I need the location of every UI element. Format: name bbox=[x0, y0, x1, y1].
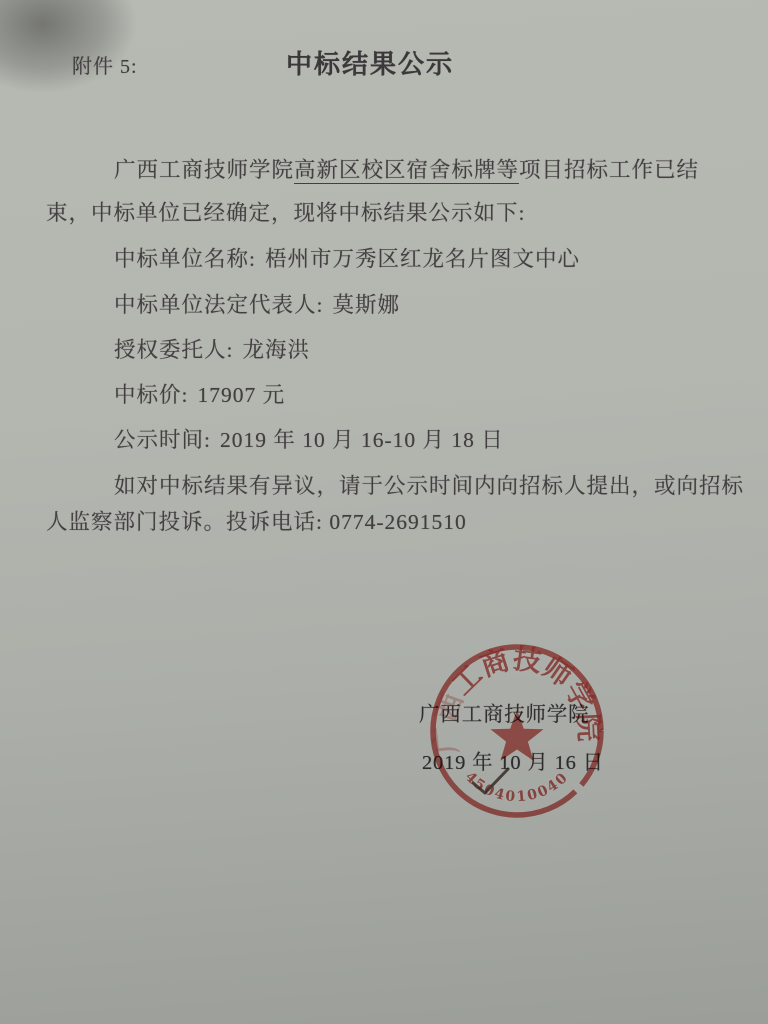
award-item-value: 龙海洪 bbox=[242, 338, 310, 362]
attachment-label: 附件 5: bbox=[72, 50, 138, 79]
photo-corner-shadow bbox=[0, 0, 138, 94]
intro-suffix: 项目招标工作已结 bbox=[519, 158, 699, 182]
award-item-value: 梧州市万秀区红龙名片图文中心 bbox=[265, 247, 580, 271]
award-item-publicity-period: 公示时间:2019 年 10 月 16-10 月 18 日 bbox=[114, 423, 504, 454]
award-item-bid-price: 中标价:17907 元 bbox=[114, 378, 285, 409]
seal-ring bbox=[433, 647, 601, 815]
award-item-value: 莫斯娜 bbox=[332, 293, 400, 317]
award-item-label: 公示时间: bbox=[114, 428, 211, 452]
award-item-value: 2019 年 10 月 16-10 月 18 日 bbox=[220, 428, 504, 452]
intro-prefix: 广西工商技师学院 bbox=[114, 158, 294, 182]
seal-code: 45040100401 bbox=[0, 0, 572, 805]
award-item-label: 中标价: bbox=[114, 383, 188, 407]
document-page: 附件 5: 中标结果公示 广西工商技师学院高新区校区宿舍标牌等项目招标工作已结 … bbox=[0, 0, 768, 1024]
award-item-label: 授权委托人: bbox=[114, 338, 233, 362]
objection-notice-line-2: 人监察部门投诉。投诉电话: 0774-2691510 bbox=[46, 505, 467, 536]
objection-notice-line-1: 如对中标结果有异议，请于公示时间内向招标人提出，或向招标 bbox=[114, 469, 744, 500]
page-title: 中标结果公示 bbox=[286, 44, 454, 81]
award-item-winner-name: 中标单位名称:梧州市万秀区红龙名片图文中心 bbox=[114, 242, 580, 273]
signature-organization: 广西工商技师学院 bbox=[419, 697, 589, 727]
project-name-underlined: 高新区校区宿舍标牌等 bbox=[294, 158, 519, 184]
award-item-label: 中标单位名称: bbox=[114, 247, 256, 271]
signature-date: 2019 年 10 月 16 日 bbox=[422, 745, 604, 775]
award-item-authorized-agent: 授权委托人:龙海洪 bbox=[114, 333, 310, 364]
seal-arc-text-main: 工商技师学院 bbox=[447, 643, 605, 743]
award-item-label: 中标单位法定代表人: bbox=[114, 293, 323, 317]
intro-line-1: 广西工商技师学院高新区校区宿舍标牌等项目招标工作已结 bbox=[114, 153, 699, 184]
award-item-value: 17907 元 bbox=[197, 383, 285, 407]
award-item-legal-representative: 中标单位法定代表人:莫斯娜 bbox=[114, 288, 400, 319]
intro-line-2: 束，中标单位已经确定，现将中标结果公示如下: bbox=[46, 196, 525, 227]
